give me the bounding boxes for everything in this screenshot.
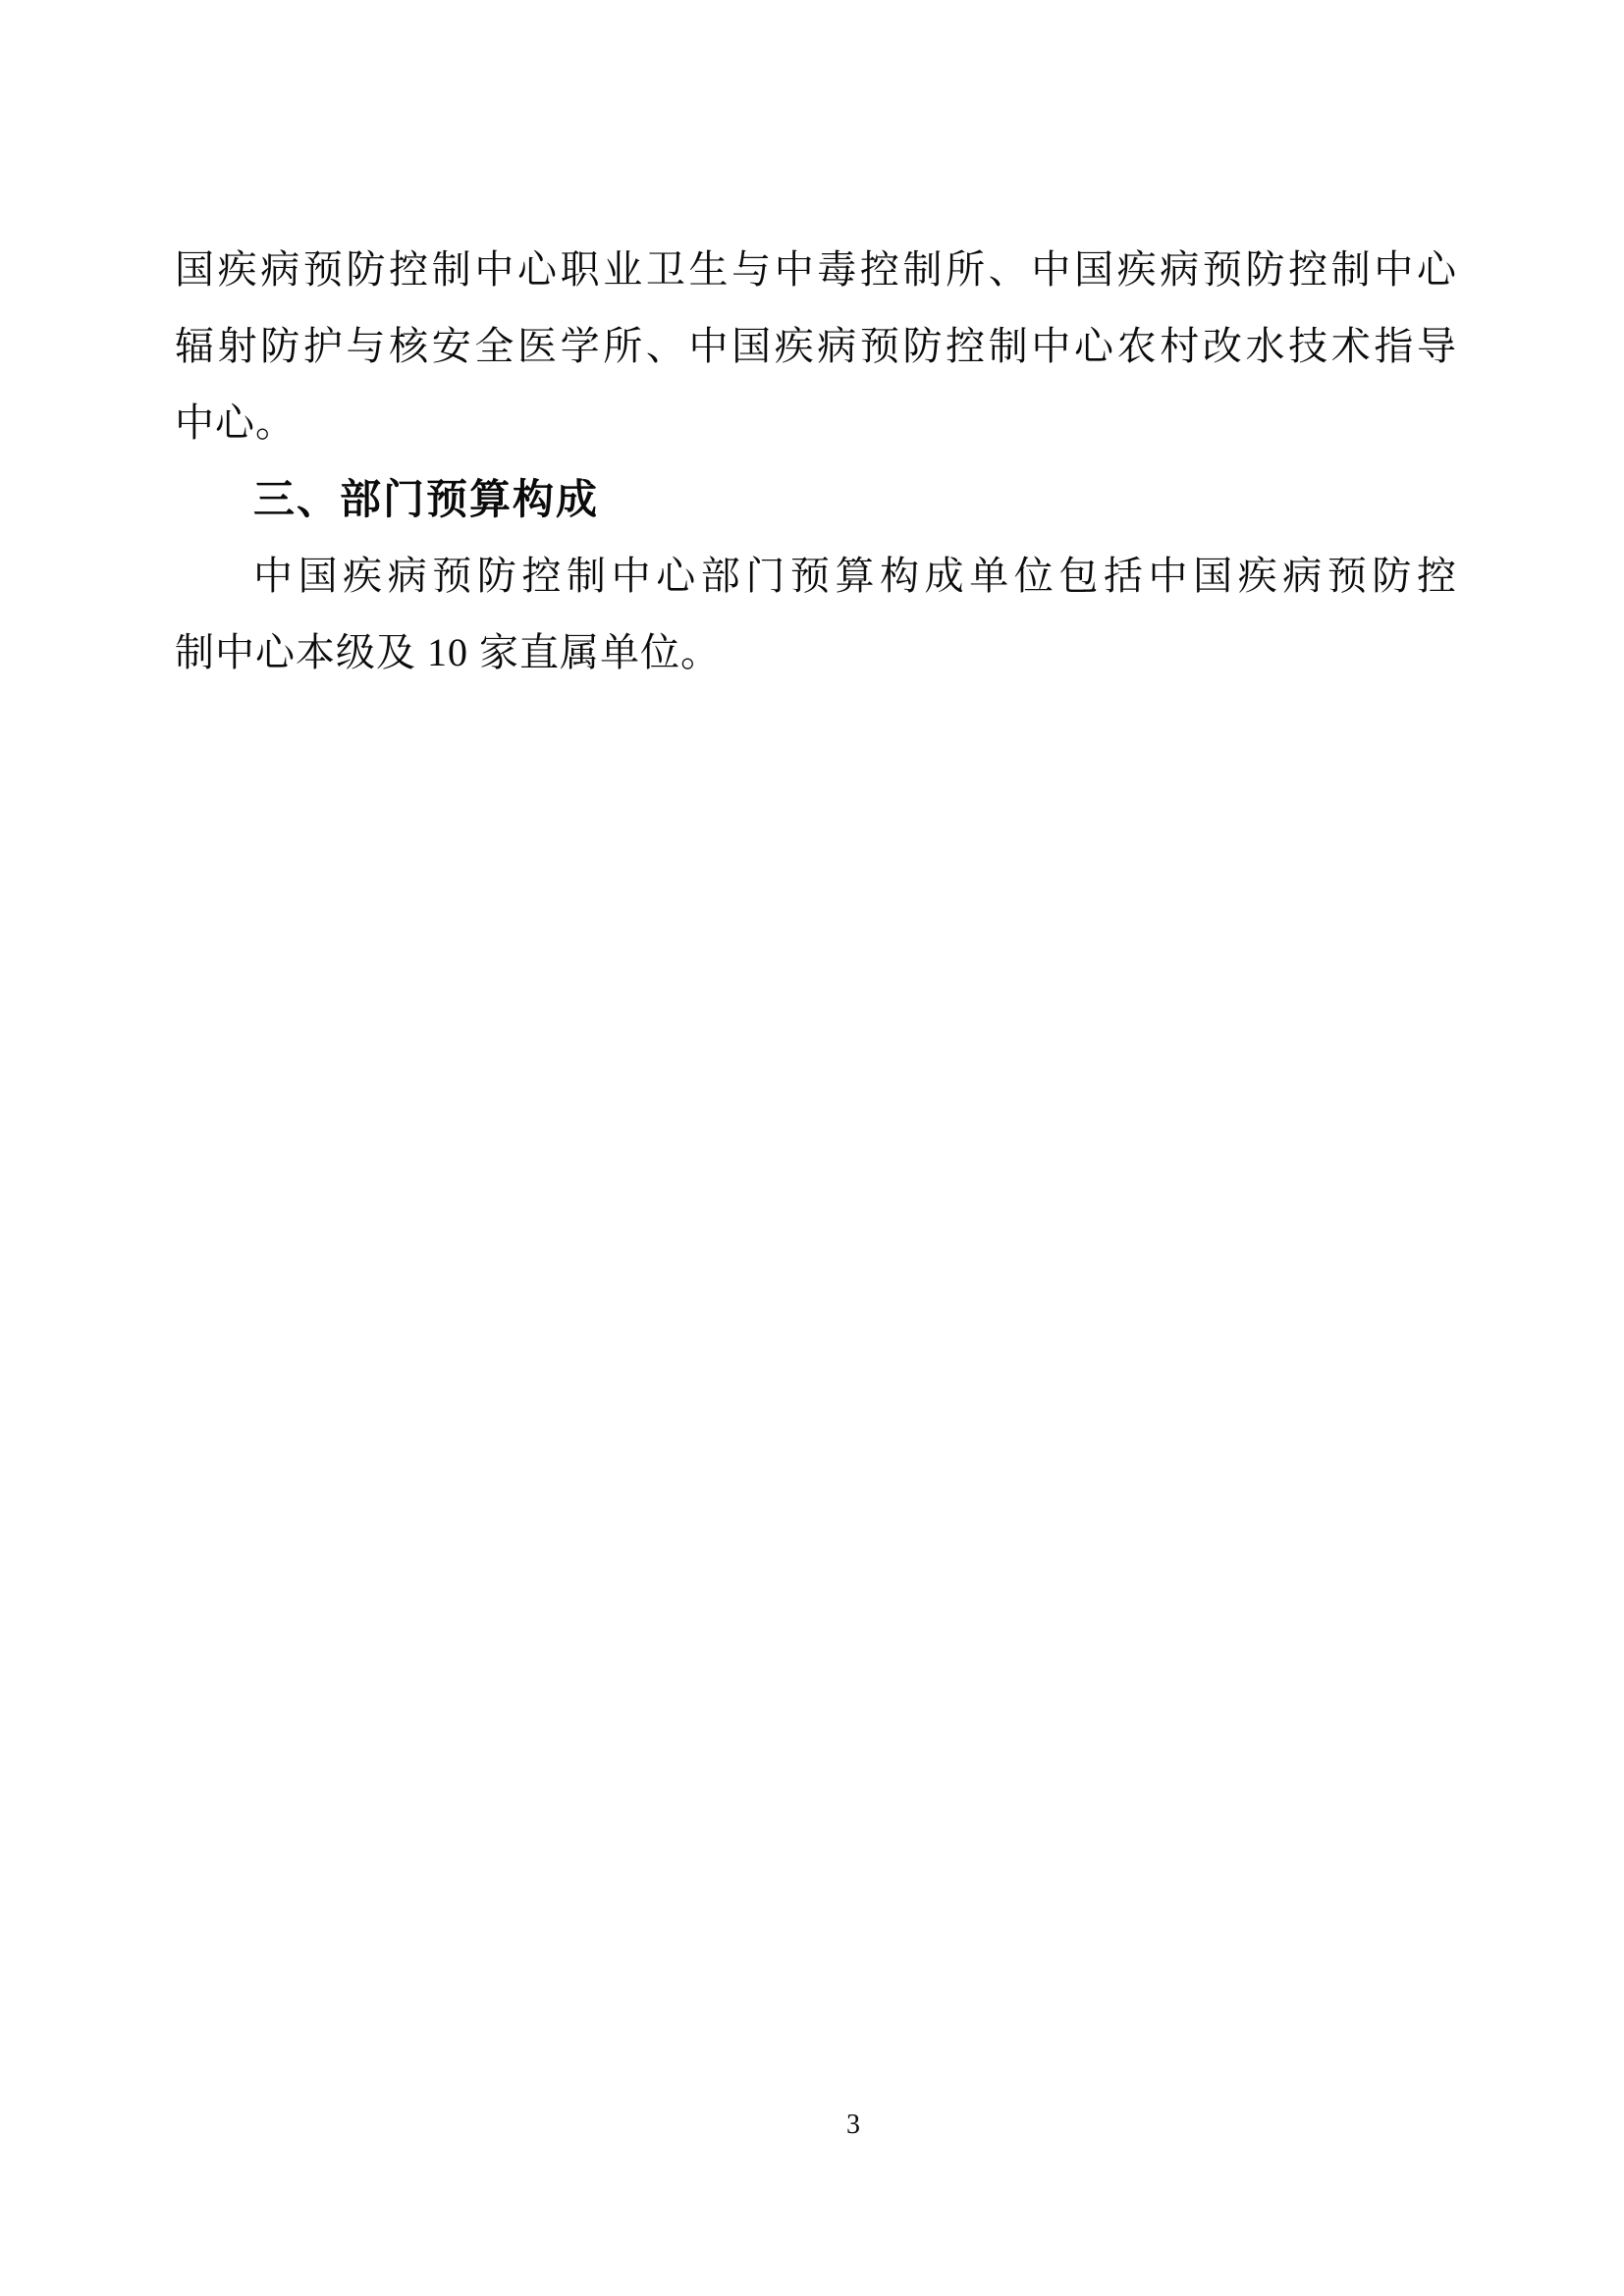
intro-paragraph-line-1: 国疾病预防控制中心职业卫生与中毒控制所、中国疾病预防控制中心 [175, 232, 1457, 308]
section-paragraph-line-1: 中国疾病预防控制中心部门预算构成单位包括中国疾病预防控 [175, 538, 1457, 614]
intro-paragraph-line-2: 辐射防护与核安全医学所、中国疾病预防控制中心农村改水技术指导 [175, 308, 1457, 385]
section-paragraph-line-2: 制中心本级及 10 家直属单位。 [175, 614, 1457, 691]
section-heading: 三、部门预算构成 [175, 461, 1457, 538]
intro-paragraph-line-3: 中心。 [175, 385, 1457, 461]
text-block: 国疾病预防控制中心职业卫生与中毒控制所、中国疾病预防控制中心 辐射防护与核安全医… [175, 232, 1457, 691]
document-page: 国疾病预防控制中心职业卫生与中毒控制所、中国疾病预防控制中心 辐射防护与核安全医… [0, 0, 1624, 2296]
page-number: 3 [846, 2110, 860, 2140]
